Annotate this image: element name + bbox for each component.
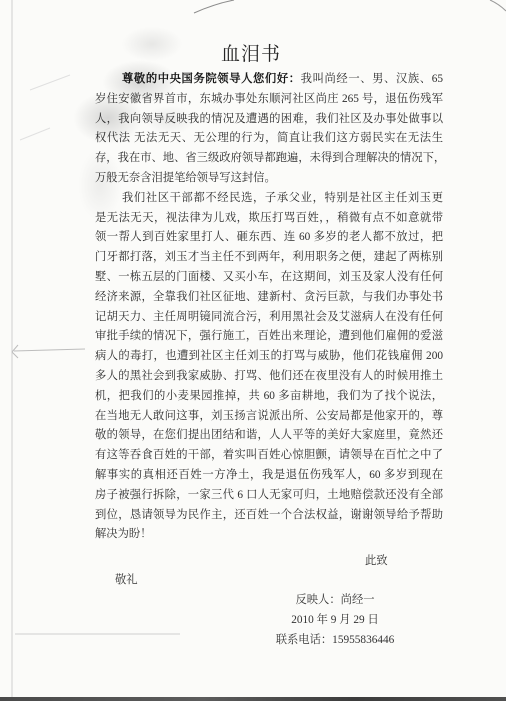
signature-phone: 联系电话：15955836446 [235, 630, 435, 650]
paragraph-2: 我们社区干部都不经民选，子承父业，特别是社区主任刘玉更 是无法无天，视法律为儿戏… [95, 189, 443, 545]
text-line: 解事实的真相还百姓一方净土，我是退伍伤残军人，60 多岁到现在 [95, 466, 443, 486]
letter-title: 血泪书 [0, 44, 502, 66]
text-line: 记胡天力、主任周明镜同流合污，利用黑社会及艾滋病人在没有任何 [95, 308, 443, 328]
text-line: 是无法无天，视法律为儿戏，欺压打骂百姓，，稍微有点不如意就带 [95, 209, 443, 229]
text-line: 到位，恳请领导为民作主，还百姓一个合法权益，谢谢领导给予帮助 [95, 506, 443, 526]
text-line: 领一帮人到百姓家里打人、砸东西、连 60 多岁的老人都不放过，把 [95, 228, 443, 248]
paragraph-1: 尊敬的中央国务院领导人您们好：我叫尚经一、男、汉族、65 岁住安徽省界首市，东城… [95, 70, 443, 189]
scanned-letter-page: 血泪书 尊敬的中央国务院领导人您们好：我叫尚经一、男、汉族、65 岁住安徽省界首… [0, 0, 506, 701]
text-line: 病人的毒打，也遭到社区主任刘玉的打骂与威胁，他们花钱雇佣 200 [95, 347, 443, 367]
text-line: 门牙都打落，刘玉才当主任不到两年，利用职务之便，建起了两栋别 [95, 248, 443, 268]
text-line: 敬的领导，在您们提出团结和谐，人人平等的美好大家庭里，竟然还 [95, 426, 443, 446]
salutation: 尊敬的中央国务院领导人您们好： [122, 73, 301, 85]
closing-phrase: 此致 [365, 551, 388, 571]
signature-reporter: 反映人：尚经一 [235, 590, 435, 610]
text-line: 多人的黑社会到我家威胁、打骂、他们还在夜里没有人的时候用推土 [95, 367, 443, 387]
letter-body: 尊敬的中央国务院领导人您们好：我叫尚经一、男、汉族、65 岁住安徽省界首市，东城… [95, 70, 443, 545]
text-line: 存，我在市、地、省三级政府领导都跑遍，未得到合理解决的情况下， [95, 149, 443, 169]
scanner-edge [0, 697, 506, 701]
text-line: 万般无奈含泪提笔给领导写这封信。 [95, 169, 443, 189]
text-line: 墅、一栋五层的门面楼、又买小车，在这期间，刘玉及家人没有任何 [95, 268, 443, 288]
text-line: 我们社区干部都不经民选，子承父业，特别是社区主任刘玉更 [95, 189, 443, 209]
text-line: 有这等吞食百姓的干部，着实叫百姓心惊胆颤，请领导在百忙之中了 [95, 446, 443, 466]
text-line: 岁住安徽省界首市，东城办事处东顺河社区尚庄 265 号，退伍伤残军 [95, 90, 443, 110]
text-line: 尊敬的中央国务院领导人您们好：我叫尚经一、男、汉族、65 [95, 70, 443, 90]
text-line: 机，把我们的小麦果园推掉，共 60 多亩耕地，我们为了找个说法， [95, 387, 443, 407]
closing-regards: 敬礼 [115, 570, 138, 590]
text-line-content: 我叫尚经一、男、汉族、65 [301, 73, 443, 85]
text-line: 权代法 无法无天、无公理的行为，简直让我们这方弱民实在无法生 [95, 129, 443, 149]
text-line: 人，我向领导反映我的情况及遭遇的困难，我们社区及办事处做事以 [95, 110, 443, 130]
signature-date: 2010 年 9 月 29 日 [235, 610, 435, 630]
text-line: 审批手续的情况下，强行施工，百姓出来理论，遭到他们雇佣的爱滋 [95, 327, 443, 347]
text-line: 经济来源，全靠我们社区征地、建新村、贪污巨款，与我们办事处书 [95, 288, 443, 308]
text-line: 解决为盼！ [95, 525, 443, 545]
text-line: 在当地无人敢问这事，刘玉扬言说派出所、公安局都是他家开的，尊 [95, 407, 443, 427]
text-line: 房子被强行拆除，一家三代 6 口人无家可归，土地赔偿款还没有全部 [95, 486, 443, 506]
